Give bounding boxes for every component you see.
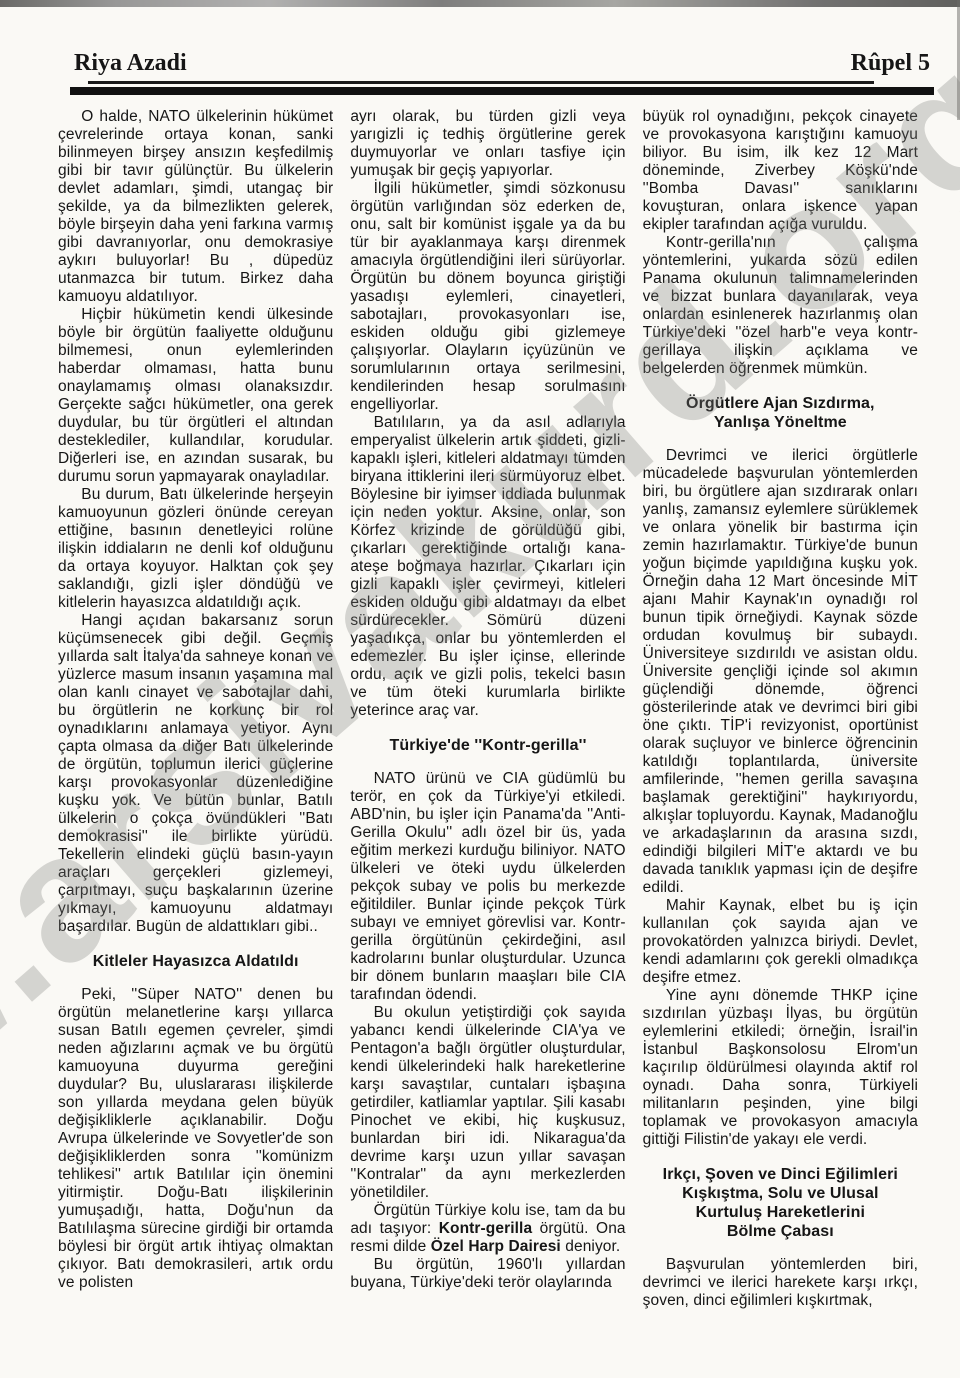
paragraph: Örgütün Türkiye kolu ise, tam da bu adı … <box>350 1202 625 1256</box>
paragraph: NATO ürünü ve CIA güdümlü bu terör, en ç… <box>350 770 625 1004</box>
paragraph: Bu durum, Batı ülkelerinde herşeyin kamu… <box>58 486 333 612</box>
article-body: O halde, NATO ülkelerinin hükümet çevrel… <box>58 108 918 1378</box>
newspaper-page: www.arsivakurd.org Riya Azadi Rûpel 5 O … <box>0 0 960 1378</box>
paragraph: Yine aynı dönemde THKP içine sızdırılan … <box>643 987 918 1149</box>
paragraph: büyük rol oynadığını, pekçok cinayete ve… <box>643 108 918 234</box>
section-heading: Türkiye'de ''Kontr-gerilla'' <box>350 736 625 755</box>
page-number-label: Rûpel 5 <box>851 50 930 77</box>
section-heading: Kitleler Hayasızca Aldatıldı <box>58 952 333 971</box>
paragraph: Peki, ''Süper NATO'' denen bu örgütün me… <box>58 986 333 1292</box>
header-rule-thick <box>70 87 934 95</box>
paragraph: Hiçbir hükümetin kendi ülkesinde böyle b… <box>58 306 333 486</box>
publication-title: Riya Azadi <box>74 50 187 77</box>
section-heading: Irkçı, Şoven ve Dinci Eğilimleri Kışkışt… <box>643 1165 918 1241</box>
paragraph: Bu okulun yetiştirdiği çok sayıda yabanc… <box>350 1004 625 1202</box>
paragraph: Hangi açıdan bakarsanız sorun küçümsenec… <box>58 612 333 936</box>
paragraph: O halde, NATO ülkelerinin hükümet çevrel… <box>58 108 333 306</box>
header-rule-thin <box>88 81 874 84</box>
column-3: büyük rol oynadığını, pekçok cinayete ve… <box>643 108 918 1378</box>
paragraph: Mahir Kaynak, elbet bu iş için kullanıla… <box>643 897 918 987</box>
paragraph: Başvurulan yöntemlerden biri, devrimci v… <box>643 1256 918 1310</box>
paragraph: Kontr-gerilla'nın çalışma yöntemlerini, … <box>643 234 918 378</box>
paragraph: İlgili hükümetler, şimdi sözkonusu örgüt… <box>350 180 625 414</box>
paragraph: Devrimci ve ilerici örgütlerle mücadeled… <box>643 447 918 897</box>
column-2: ayrı olarak, bu türden gizli veya yarıgi… <box>350 108 625 1378</box>
section-heading: Örgütlere Ajan Sızdırma, Yanlışa Yöneltm… <box>643 394 918 432</box>
paragraph: Bu örgütün, 1960'lı yıllardan buyana, Tü… <box>350 1256 625 1292</box>
paragraph: ayrı olarak, bu türden gizli veya yarıgi… <box>350 108 625 180</box>
paragraph: Batılıların, ya da asıl adlarıyla empery… <box>350 414 625 720</box>
column-1: O halde, NATO ülkelerinin hükümet çevrel… <box>58 108 333 1378</box>
page-header: Riya Azadi Rûpel 5 <box>70 50 934 95</box>
scan-artifact-top <box>0 0 960 7</box>
